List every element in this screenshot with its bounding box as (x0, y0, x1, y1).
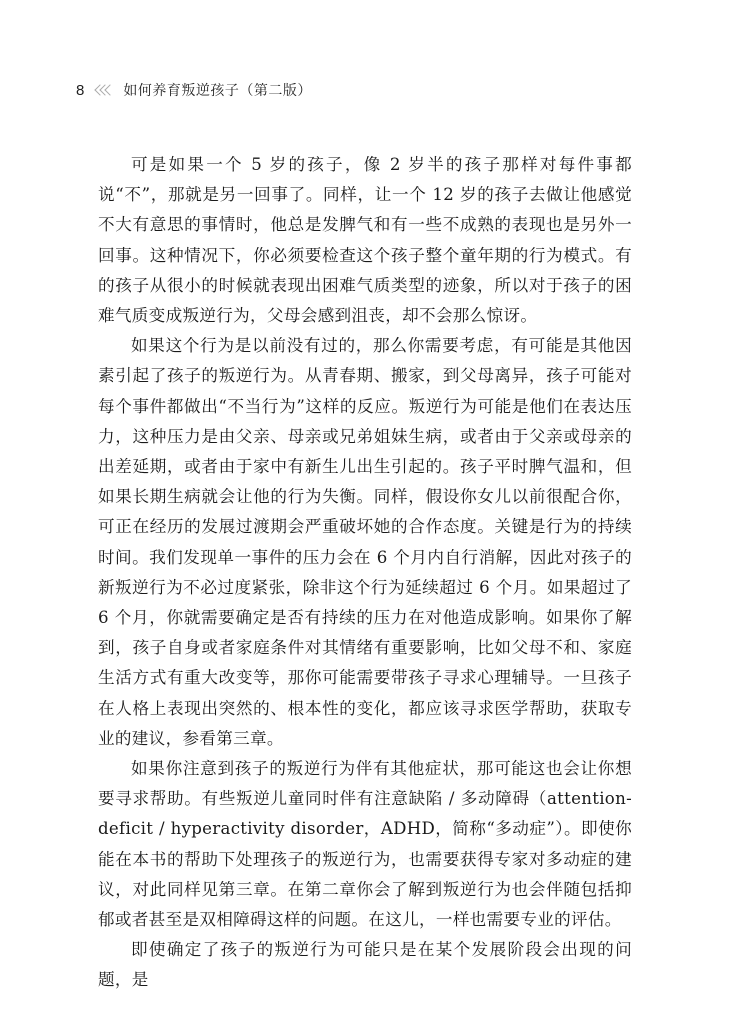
paragraph-3: 如果你注意到孩子的叛逆行为伴有其他症状，那可能这也会让你想要寻求帮助。有些叛逆儿… (98, 754, 632, 935)
page-number: 8 (76, 82, 84, 99)
book-title: 如何养育叛逆孩子（第二版） (123, 80, 312, 100)
running-header: 8 如何养育叛逆孩子（第二版） (76, 80, 312, 100)
paragraph-2: 如果这个行为是以前没有过的，那么你需要考虑，有可能是其他因素引起了孩子的叛逆行为… (98, 331, 632, 754)
triple-chevron-left-icon (94, 84, 109, 96)
paragraph-1: 可是如果一个 5 岁的孩子，像 2 岁半的孩子那样对每件事都说“不”，那就是另一… (98, 150, 632, 331)
page-body: 可是如果一个 5 岁的孩子，像 2 岁半的孩子那样对每件事都说“不”，那就是另一… (98, 150, 632, 996)
paragraph-4: 即使确定了孩子的叛逆行为可能只是在某个发展阶段会出现的问题，是 (98, 935, 632, 995)
